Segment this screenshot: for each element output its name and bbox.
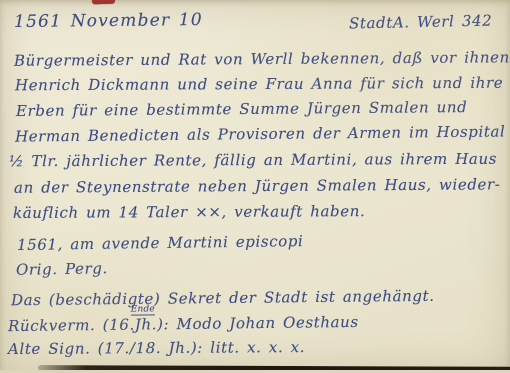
old-signature-note: Alte Sign. (17./18. Jh.): litt. x. x. x. [8,338,305,358]
verso-note-century: EndeJh.): Modo Johan Oesthaus [135,313,359,334]
verso-note: Rückverm. (16.EndeJh.): Modo Johan Oesth… [8,313,359,335]
seal-note: Das (beschädigte) Sekret der Stadt ist a… [11,287,435,309]
archive-index-card: 1561 November 10 StadtA. Werl 342 Bürger… [0,0,510,373]
regest-line-6: an der Steynenstrate neben Jürgen Smalen… [14,175,501,196]
material-note: Orig. Perg. [16,259,108,279]
red-pencil-mark [92,0,115,4]
regest-line-4: Herman Benedicten als Provisoren der Arm… [15,122,506,145]
regest-line-3: Erben für eine bestimmte Summe Jürgen Sm… [16,98,467,120]
regest-line-5: ½ Tlr. jährlicher Rente, fällig an Marti… [9,150,497,171]
regest-line-1: Bürgermeister und Rat von Werll bekennen… [14,48,510,69]
verso-note-suffix: Jh.): Modo Johan Oesthaus [135,313,359,334]
verso-note-prefix: Rückverm. (16. [8,316,135,336]
verso-note-insertion: Ende [131,304,155,315]
archive-signature: StadtA. Werl 342 [349,12,493,33]
card-heading-date: 1561 November 10 [14,10,203,32]
regest-line-7: käuflich um 14 Taler ××, verkauft haben. [13,202,365,222]
dating-note: 1561, am avende Martini episcopi [17,232,304,254]
regest-line-2: Henrich Dickmann und seine Frau Anna für… [15,74,503,95]
